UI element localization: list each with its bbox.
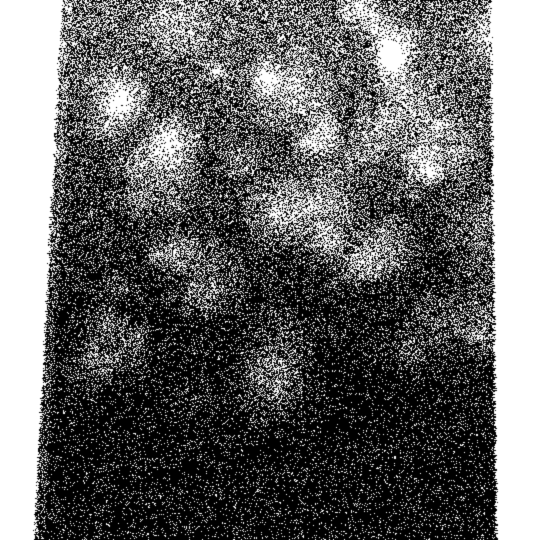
noise-texture-image [0,0,540,540]
